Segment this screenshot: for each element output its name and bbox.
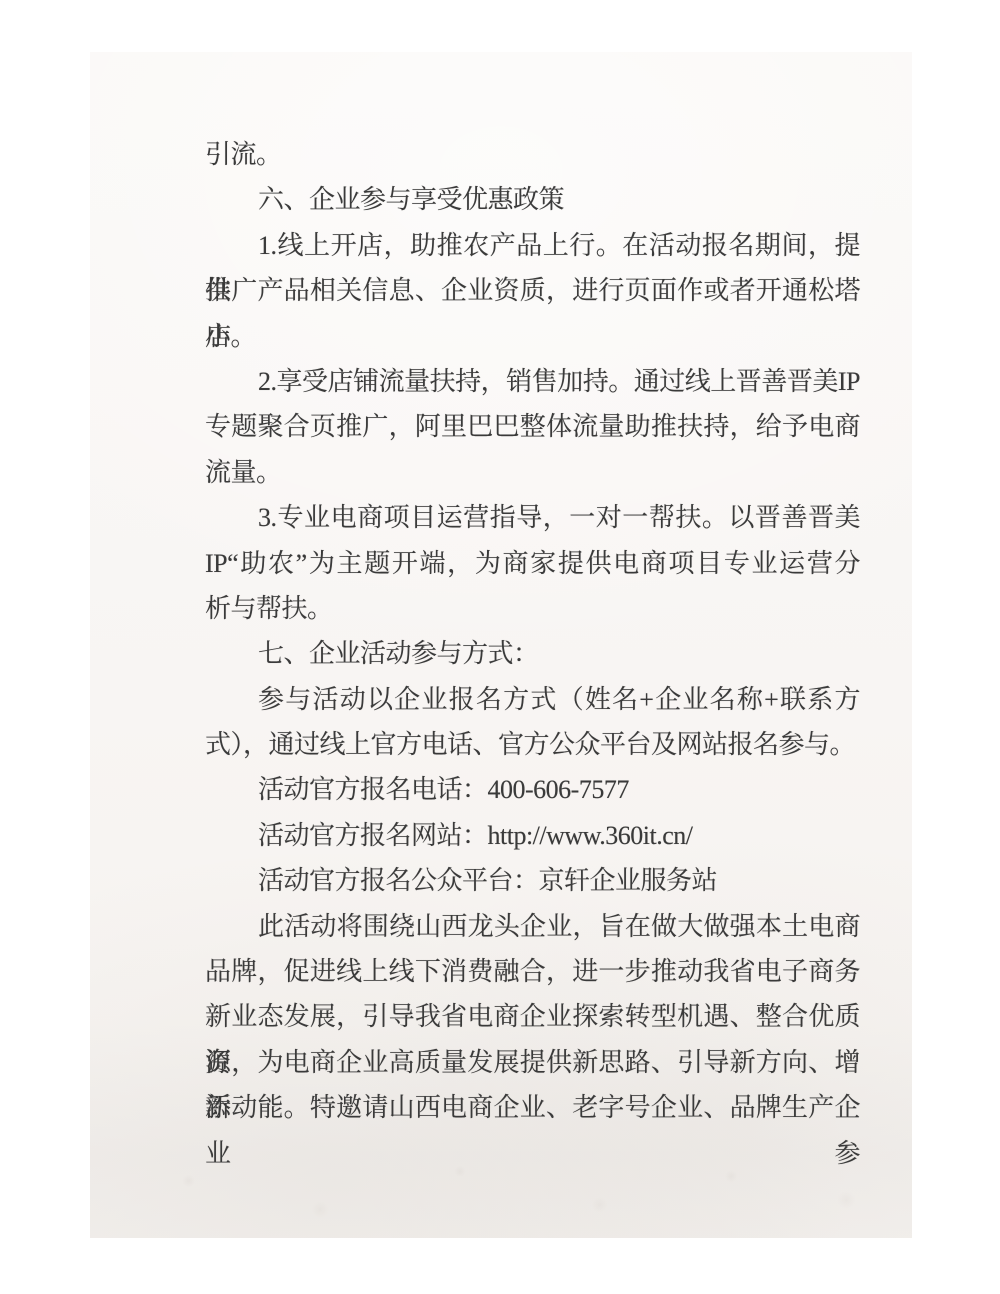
text-line: 推广产品相关信息、企业资质，进行页面作或者开通松塔小 — [205, 268, 860, 313]
text-line: 3.专业电商项目运营指导，一对一帮扶。以晋善晋美 — [205, 495, 860, 540]
text-line: 析与帮扶。 — [205, 586, 860, 631]
text-line: 品牌，促进线上线下消费融合，进一步推动我省电子商务 — [205, 949, 860, 994]
text-line: 参与活动以企业报名方式（姓名+企业名称+联系方 — [205, 677, 860, 722]
text-line: 引流。 — [205, 132, 860, 177]
text-line: 2.享受店铺流量扶持，销售加持。通过线上晋善晋美IP — [205, 359, 860, 404]
text-line: 活动官方报名网站：http://www.360it.cn/ — [205, 813, 860, 858]
text-line: IP“助农”为主题开端，为商家提供电商项目专业运营分 — [205, 541, 860, 586]
screenshot-canvas: 引流。六、企业参与享受优惠政策1.线上开店，助推农产品上行。在活动报名期间，提供… — [0, 0, 1000, 1294]
text-line: 六、企业参与享受优惠政策 — [205, 177, 860, 222]
text-line: 此活动将围绕山西龙头企业，旨在做大做强本土电商 — [205, 904, 860, 949]
text-line: 源，为电商企业高质量发展提供新思路、引导新方向、增添 — [205, 1040, 860, 1085]
document-lines: 引流。六、企业参与享受优惠政策1.线上开店，助推农产品上行。在活动报名期间，提供… — [205, 132, 860, 1131]
text-line: 店。 — [205, 314, 860, 359]
text-line: 活动官方报名电话：400-606-7577 — [205, 767, 860, 812]
text-line: 式），通过线上官方电话、官方公众平台及网站报名参与。 — [205, 722, 860, 767]
text-line: 活动官方报名公众平台：京轩企业服务站 — [205, 858, 860, 903]
text-line: 专题聚合页推广，阿里巴巴整体流量助推扶持，给予电商 — [205, 404, 860, 449]
text-line: 新动能。特邀请山西电商企业、老字号企业、品牌生产企业参 — [205, 1085, 860, 1130]
text-line: 1.线上开店，助推农产品上行。在活动报名期间，提供 — [205, 223, 860, 268]
scanned-document-page: 引流。六、企业参与享受优惠政策1.线上开店，助推农产品上行。在活动报名期间，提供… — [90, 52, 912, 1238]
text-line: 新业态发展，引导我省电商企业探索转型机遇、整合优质资 — [205, 994, 860, 1039]
text-line: 七、企业活动参与方式： — [205, 631, 860, 676]
text-line: 流量。 — [205, 450, 860, 495]
